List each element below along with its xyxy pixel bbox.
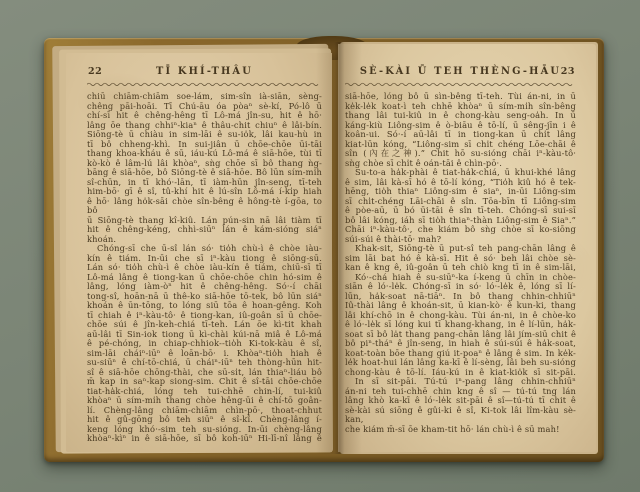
left-page: 22 TĪ KHÍ-THÂU chiū chiām-chiām soe-lám,… <box>66 53 332 452</box>
right-page-number: 23 <box>561 66 575 77</box>
text-line: che kiám m̄-sī ōe kham-tit hō· lán chù-ì… <box>345 425 576 435</box>
text-line: ê hō· lâng ho̍k-sāi chòe sîn-bêng ê hông… <box>87 197 322 216</box>
text-line: sè-kài sú siōng ê gûi-ki ê sî, Ki-tok lâ… <box>345 406 576 425</box>
header-rule-right <box>345 82 576 86</box>
text-line: khòaⁿ-kìⁿ in ê siā-hōe, sī bô koh-iūⁿ Hi… <box>87 434 322 444</box>
right-page-text: siā-hōe, lóng bô ū sìn-bêng tī-teh. Tùi … <box>345 92 576 434</box>
left-page-text: chiū chiām-chiām soe-lám, sim-sîn ià-siā… <box>87 92 322 444</box>
left-page-header: 22 TĪ KHÍ-THÂU <box>87 66 322 79</box>
right-page: SÈ-KÀI Ū TEH THÈNG-HĀU 23 siā-hōe, lóng … <box>338 44 596 452</box>
left-page-number: 22 <box>88 66 102 77</box>
left-running-title: TĪ KHÍ-THÂU <box>87 66 322 77</box>
right-page-header: SÈ-KÀI Ū TEH THÈNG-HĀU 23 <box>345 66 576 79</box>
header-rule-left <box>87 82 322 86</box>
text-line: hit ê chêng-kéng, chhì-siūⁿ lán ê kám-si… <box>87 225 322 244</box>
right-running-title: SÈ-KÀI Ū TEH THÈNG-HĀU <box>345 66 576 77</box>
